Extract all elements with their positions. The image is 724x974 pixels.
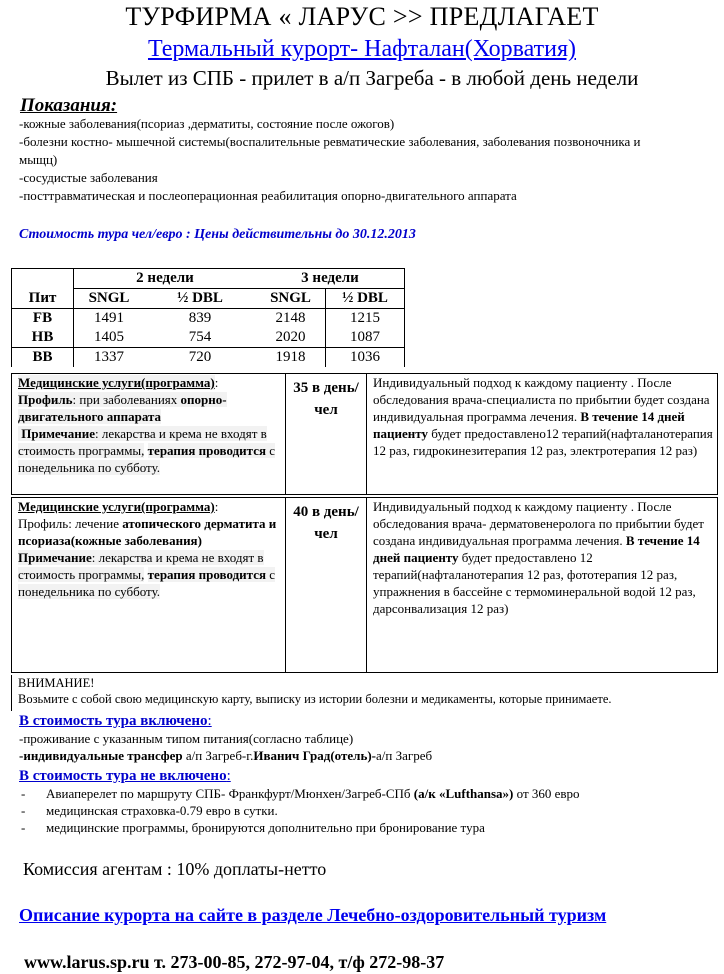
- meal-header: Пит: [12, 289, 74, 309]
- room-header: ½ DBL: [326, 289, 405, 309]
- indications-list: -кожные заболевания(псориаз ,дерматиты, …: [19, 115, 679, 205]
- attention-label: ВНИМАНИЕ!: [18, 675, 718, 691]
- price-validity-note: Стоимость тура чел/евро : Цены действите…: [19, 225, 416, 245]
- indication-item: -кожные заболевания(псориаз ,дерматиты, …: [19, 115, 679, 133]
- table-row: FB 1491 839 2148 1215: [12, 309, 405, 329]
- indication-item: -болезни костно- мышечной системы(воспал…: [19, 133, 679, 169]
- included-item: -проживание с указанным типом питания(со…: [19, 730, 719, 747]
- period-header: 2 недели: [74, 269, 257, 289]
- indication-item: -посттравматическая и послеоперационная …: [19, 187, 679, 205]
- flight-info: Вылет из СПБ - прилет в а/п Загреба - в …: [0, 64, 724, 92]
- program-title: Медицинские услуги(программа): [18, 499, 215, 514]
- included-heading[interactable]: В стоимость тура включено:: [19, 712, 719, 730]
- program-price: 40 в день/чел: [286, 498, 367, 673]
- room-header: SNGL: [74, 289, 145, 309]
- not-included-item: Авиаперелет по маршруту СПБ- Франкфурт/М…: [19, 785, 719, 802]
- attention-text: Возьмите с собой свою медицинскую карту,…: [18, 691, 718, 707]
- program-info: Медицинские услуги(программа): Профиль: …: [12, 498, 286, 673]
- included-section: В стоимость тура включено: -проживание с…: [19, 712, 719, 764]
- period-header: 3 недели: [256, 269, 405, 289]
- price-table: 2 недели 3 недели Пит SNGL ½ DBL SNGL ½ …: [11, 268, 405, 367]
- table-row: BB 1337 720 1918 1036: [12, 348, 405, 368]
- program-price: 35 в день/чел: [286, 374, 367, 495]
- not-included-item: медицинские программы, бронируются допол…: [19, 819, 719, 836]
- contact-info: www.larus.sp.ru т. 273-00-85, 272-97-04,…: [24, 950, 444, 974]
- attention-note: ВНИМАНИЕ! Возьмите с собой свою медицинс…: [11, 675, 718, 711]
- page-title: ТУРФИРМА « ЛАРУС >> ПРЕДЛАГАЕТ: [0, 0, 724, 34]
- program-description: Индивидуальный подход к каждому пациенту…: [367, 374, 718, 495]
- table-row: HB 1405 754 2020 1087: [12, 328, 405, 348]
- indication-item: -сосудистые заболевания: [19, 169, 679, 187]
- not-included-item: медицинская страховка-0.79 евро в сутки.: [19, 802, 719, 819]
- program-info: Медицинские услуги(программа): Профиль: …: [12, 374, 286, 495]
- resort-title-link[interactable]: Термальный курорт- Нафталан(Хорватия): [0, 34, 724, 64]
- not-included-section: В стоимость тура не включено: Авиапереле…: [19, 767, 719, 836]
- resort-description-link[interactable]: Описание курорта на сайте в разделе Лече…: [19, 903, 606, 927]
- room-header: ½ DBL: [144, 289, 256, 309]
- program-table-1: Медицинские услуги(программа): Профиль: …: [11, 373, 718, 495]
- not-included-heading[interactable]: В стоимость тура не включено:: [19, 767, 719, 785]
- agent-commission: Комиссия агентам : 10% доплаты-нетто: [23, 857, 326, 881]
- included-item: -индивидуальные трансфер а/п Загреб-г.Ив…: [19, 747, 719, 764]
- program-table-2: Медицинские услуги(программа): Профиль: …: [11, 497, 718, 673]
- room-header: SNGL: [256, 289, 326, 309]
- program-description: Индивидуальный подход к каждому пациенту…: [367, 498, 718, 673]
- indications-heading: Показания:: [20, 95, 117, 117]
- program-title: Медицинские услуги(программа): [18, 375, 215, 390]
